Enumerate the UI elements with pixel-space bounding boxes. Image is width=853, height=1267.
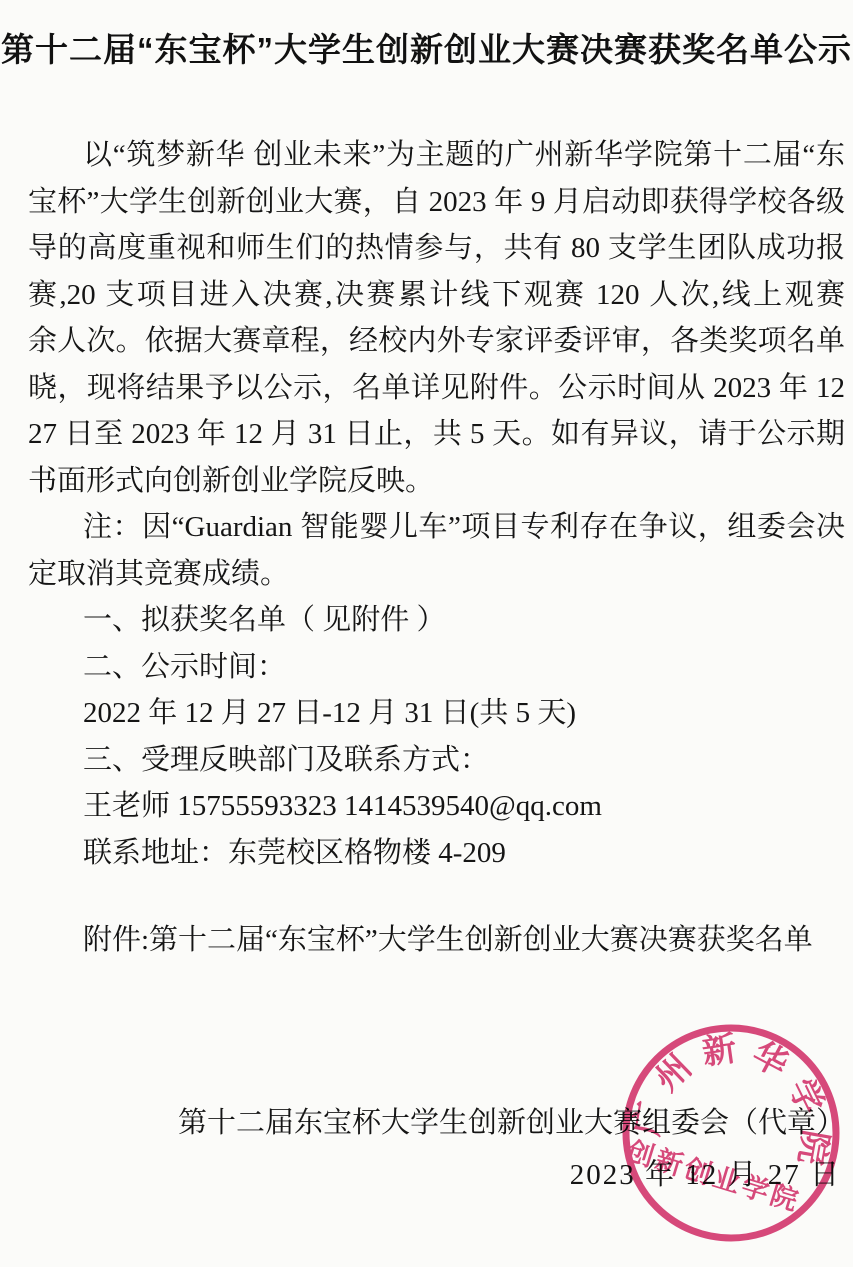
body-line: 赛,20 支项目进入决赛,决赛累计线下观赛 120 人次,线上观赛 1640 (28, 272, 845, 319)
stamp-department-text: 创新创业学院 (622, 1135, 804, 1217)
attachment-line: 附件:第十二届“东宝杯”大学生创新创业大赛决赛获奖名单 (28, 917, 845, 964)
body-line: 以“筑梦新华 创业未来”为主题的广州新华学院第十二届“东 (28, 132, 845, 179)
body-line: 一、拟获奖名单（ 见附件 ） (28, 597, 845, 644)
stamp-university-char: 新 (700, 1030, 739, 1072)
body-line: 余人次。依据大赛章程，经校内外专家评委评审，各类奖项名单已揭 (28, 318, 845, 365)
body-line: 晓，现将结果予以公示，名单详见附件。公示时间从 2023 年 12 月 (28, 365, 845, 412)
body-line: 书面形式向创新创业学院反映。 (28, 458, 845, 505)
body-line: 2022 年 12 月 27 日-12 月 31 日(共 5 天) (28, 690, 845, 737)
body-line: 三、受理反映部门及联系方式： (28, 737, 845, 784)
body-line: 宝杯”大学生创新创业大赛，自 2023 年 9 月启动即获得学校各级领 (28, 179, 845, 226)
document-page: 第十二届“东宝杯”大学生创新创业大赛决赛获奖名单公示 以“筑梦新华 创业未来”为… (0, 0, 853, 1267)
stamp-university-char: 院 (791, 1127, 834, 1167)
body-line: 注：因“Guardian 智能婴儿车”项目专利存在争议，组委会决 (28, 504, 845, 551)
body-line: 导的高度重视和师生们的热情参与，共有 80 支学生团队成功报名参 (28, 225, 845, 272)
body-line: 王老师 15755593323 1414539540@qq.com (28, 783, 845, 830)
body-line: 二、公示时间： (28, 644, 845, 691)
body-line: 定取消其竞赛成绩。 (28, 551, 845, 598)
document-title: 第十二届“东宝杯”大学生创新创业大赛决赛获奖名单公示 (0, 24, 853, 71)
spacer (28, 876, 845, 917)
official-stamp: 广 州 新 华 学 院 创新创业学院 (608, 1010, 853, 1256)
document-body: 以“筑梦新华 创业未来”为主题的广州新华学院第十二届“东 宝杯”大学生创新创业大… (28, 132, 845, 964)
body-line: 联系地址：东莞校区格物楼 4-209 (28, 830, 845, 877)
stamp-university-char: 广 (628, 1099, 671, 1139)
body-line: 27 日至 2023 年 12 月 31 日止，共 5 天。如有异议，请于公示期… (28, 411, 845, 458)
